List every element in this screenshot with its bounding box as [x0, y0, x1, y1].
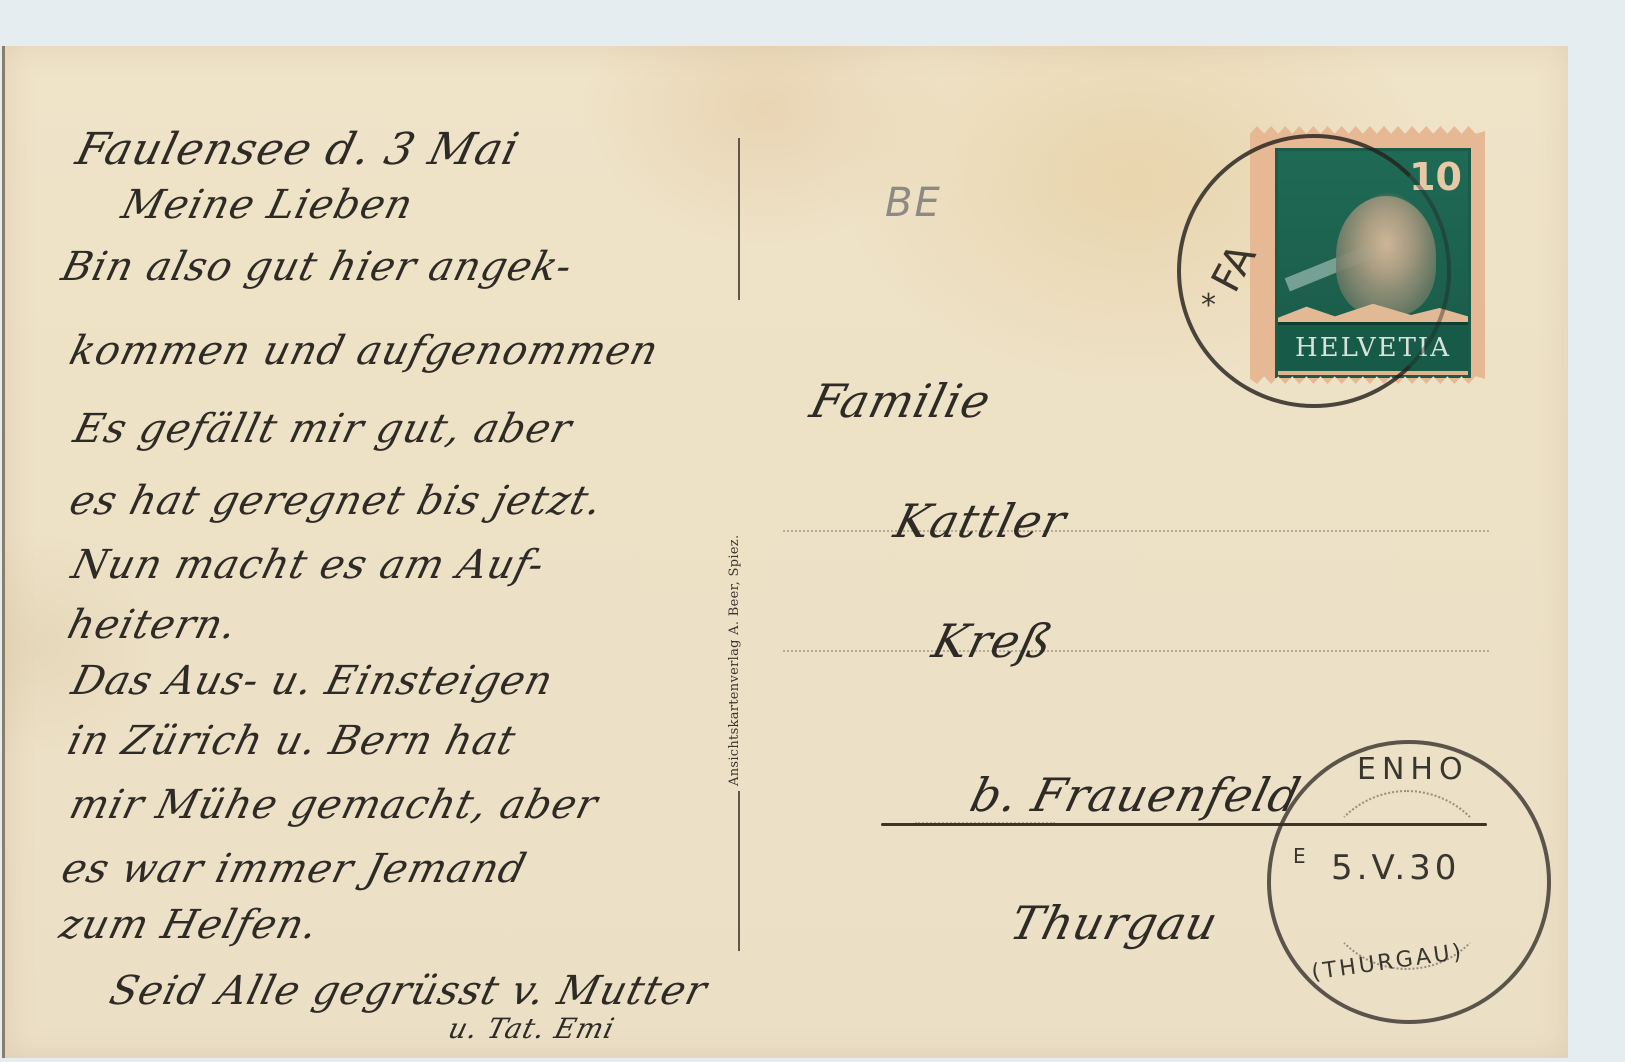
- message-line: es war immer Jemand: [57, 846, 531, 892]
- message-line: zum Helfen.: [55, 902, 323, 948]
- address-line: Kattler: [889, 494, 1072, 548]
- message-line: es hat geregnet bis jetzt.: [65, 478, 607, 524]
- address-line: Thurgau: [1005, 896, 1224, 950]
- center-divider-bottom: [738, 791, 740, 951]
- center-divider-top: [738, 138, 740, 300]
- message-place-date: Faulensee d. 3 Mai: [71, 124, 524, 175]
- origin-postmark: FA *: [1177, 134, 1451, 408]
- address-line: b. Frauenfeld: [965, 768, 1306, 822]
- message-line: mir Mühe gemacht, aber: [65, 782, 603, 828]
- message-signature: u. Tat. Emi: [445, 1012, 618, 1045]
- message-salutation: Meine Lieben: [117, 182, 418, 228]
- arrival-postmark-letter: E: [1293, 844, 1306, 868]
- address-guide-line: [783, 530, 1489, 532]
- message-line: Das Aus- u. Einsteigen: [67, 658, 558, 704]
- address-guide-line: [783, 650, 1489, 652]
- message-line: Es gefällt mir gut, aber: [69, 406, 577, 452]
- pencil-note: BE: [885, 180, 942, 226]
- message-line: Bin also gut hier angek-: [57, 244, 577, 290]
- message-closing: Seid Alle gegrüsst v. Mutter: [105, 968, 712, 1014]
- message-line: kommen und aufgenommen: [65, 328, 663, 374]
- arrival-postmark: ENHO E 5.V.30 (THURGAU): [1267, 740, 1551, 1024]
- address-line: Familie: [805, 374, 997, 428]
- arrival-postmark-date: 5.V.30: [1331, 848, 1460, 888]
- address-line: Kreß: [927, 614, 1059, 668]
- arrival-postmark-town: ENHO: [1357, 752, 1469, 787]
- message-line: in Zürich u. Bern hat: [63, 718, 521, 764]
- star-icon: *: [1201, 288, 1216, 323]
- message-line: heitern.: [63, 602, 242, 648]
- postcard: Faulensee d. 3 Mai Meine Lieben Bin also…: [2, 46, 1568, 1058]
- publisher-imprint: Ansichtskartenverlag A. Beer, Spiez.: [727, 535, 742, 786]
- message-line: Nun macht es am Auf-: [67, 542, 549, 588]
